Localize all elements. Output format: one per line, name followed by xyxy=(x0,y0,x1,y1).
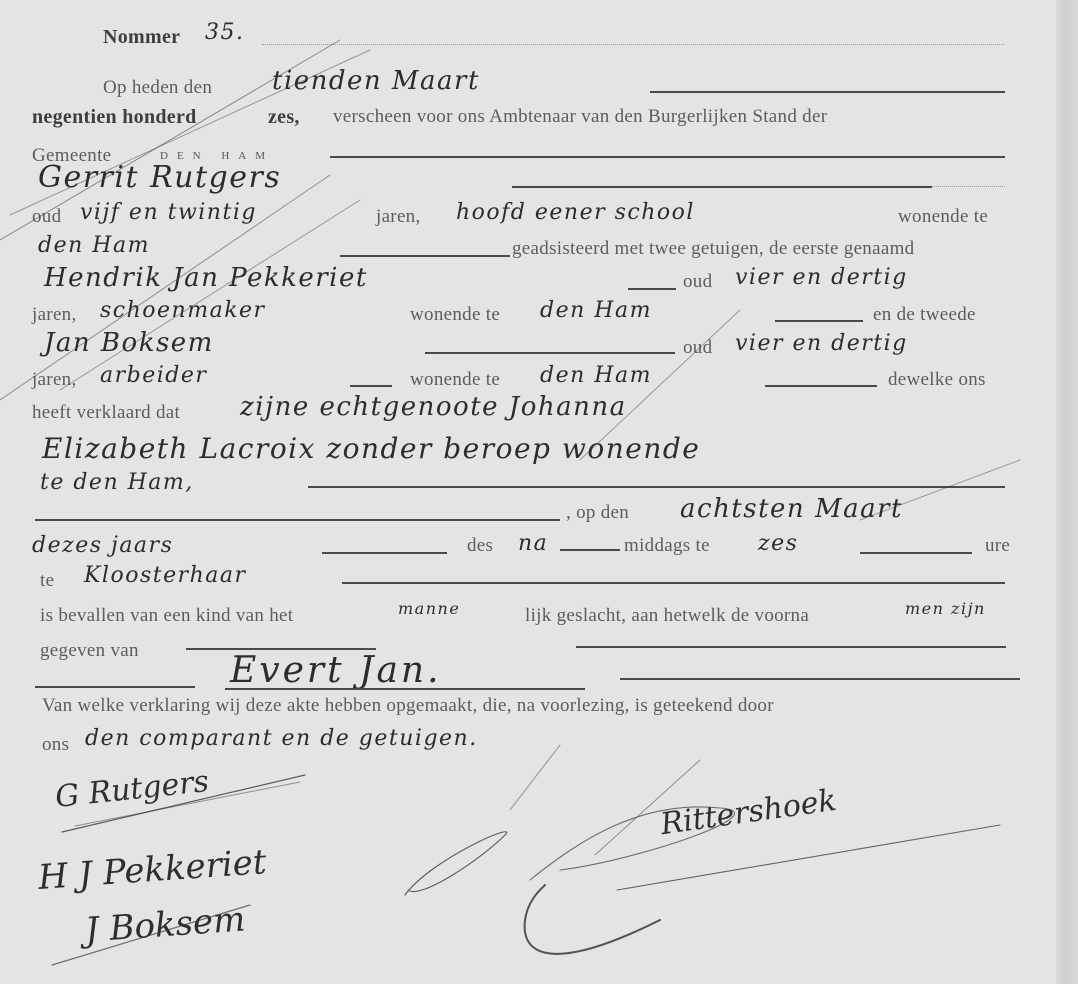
printed-negentien-honderd: negentien honderd xyxy=(32,106,197,129)
printed-dewelke-ons: dewelke ons xyxy=(888,369,986,391)
handwritten-declarant-occupation: hoofd eener school xyxy=(456,200,695,225)
printed-zes: zes, xyxy=(268,106,300,129)
fill-rule xyxy=(620,678,1020,680)
fill-rule xyxy=(560,549,620,551)
handwritten-witness1-name: Hendrik Jan Pekkeriet xyxy=(44,263,368,293)
handwritten-witness2-age: vier en dertig xyxy=(735,331,908,356)
handwritten-witness1-occupation: schoenmaker xyxy=(100,298,266,323)
handwritten-witness2-occupation: arbeider xyxy=(100,363,207,388)
number-dotted-line xyxy=(262,44,1004,45)
fill-rule xyxy=(35,686,195,688)
printed-oud: oud xyxy=(32,206,61,228)
printed-bevallen-b: lijk geslacht, aan hetwelk de voorna xyxy=(525,605,809,627)
handwritten-birth-place: Kloosterhaar xyxy=(84,563,247,588)
printed-te: te xyxy=(40,570,54,592)
fill-rule xyxy=(650,91,1005,93)
child-name-underline xyxy=(225,688,585,690)
handwritten-witness2-residence: den Ham xyxy=(540,363,652,388)
fill-rule xyxy=(765,385,877,387)
fill-rule xyxy=(628,288,676,290)
printed-op-den: , op den xyxy=(566,502,629,524)
handwritten-names-suffix: men zijn xyxy=(905,599,986,618)
handwritten-statement: zijne echtgenoote Johanna xyxy=(240,392,627,422)
number-value: 35. xyxy=(205,20,245,45)
handwritten-witness2-name: Jan Boksem xyxy=(44,328,214,358)
handwritten-declarant-name: Gerrit Rutgers xyxy=(38,160,281,195)
number-label: Nommer xyxy=(103,26,180,49)
printed-jaren-3: jaren, xyxy=(32,369,77,391)
printed-oud-2: oud xyxy=(683,271,712,293)
printed-verscheen: verscheen voor ons Ambtenaar van den Bur… xyxy=(333,106,827,128)
handwritten-mother-line: Elizabeth Lacroix zonder beroep wonende xyxy=(42,432,700,465)
handwritten-birth-period: na xyxy=(518,531,548,556)
printed-wonende-te-2: wonende te xyxy=(410,304,500,326)
handwritten-birth-date: achtsten Maart xyxy=(680,494,903,524)
fill-rule xyxy=(330,156,1005,158)
fill-rule xyxy=(342,582,1005,584)
fill-rule xyxy=(340,255,510,257)
handwritten-birth-hour: zes xyxy=(758,531,798,556)
handwritten-signed-by: den comparant en de getuigen. xyxy=(85,726,478,751)
dotted-line xyxy=(932,186,1005,187)
fill-rule xyxy=(775,320,863,322)
printed-verklaring: Van welke verklaring wij deze akte hebbe… xyxy=(42,695,774,717)
handwritten-declarant-age: vijf en twintig xyxy=(80,200,257,225)
handwritten-witness1-residence: den Ham xyxy=(540,298,652,323)
fill-rule xyxy=(350,385,392,387)
printed-geadsisteerd: geadsisteerd met twee getuigen, de eerst… xyxy=(512,238,914,260)
handwritten-date: tienden Maart xyxy=(272,66,480,96)
printed-bevallen-a: is bevallen van een kind van het xyxy=(40,605,293,627)
fill-rule xyxy=(425,352,675,354)
printed-gegeven-van: gegeven van xyxy=(40,640,139,662)
printed-jaren-2: jaren, xyxy=(32,304,77,326)
handwritten-birth-year: dezes jaars xyxy=(32,533,173,558)
handwritten-witness1-age: vier en dertig xyxy=(735,265,908,290)
handwritten-declarant-residence: den Ham xyxy=(38,233,150,258)
fill-rule xyxy=(35,519,560,521)
page-edge xyxy=(1056,0,1078,984)
printed-heeft-verklaard: heeft verklaard dat xyxy=(32,402,180,424)
printed-en-de-tweede: en de tweede xyxy=(873,304,976,326)
fill-rule xyxy=(512,186,932,188)
fill-rule xyxy=(860,552,972,554)
fill-rule xyxy=(308,486,1005,488)
handwritten-sex: manne xyxy=(398,599,460,618)
printed-wonende-te-3: wonende te xyxy=(410,369,500,391)
handwritten-mother-residence: te den Ham, xyxy=(40,470,194,495)
fill-rule xyxy=(576,646,1006,648)
printed-wonende-te: wonende te xyxy=(898,206,988,228)
printed-oud-3: oud xyxy=(683,337,712,359)
printed-des: des xyxy=(467,535,493,557)
printed-op-heden: Op heden den xyxy=(103,77,212,99)
fill-rule xyxy=(322,552,447,554)
printed-ure: ure xyxy=(985,535,1010,557)
printed-ons: ons xyxy=(42,734,69,756)
printed-middags-te: middags te xyxy=(624,535,710,557)
printed-jaren: jaren, xyxy=(376,206,421,228)
handwritten-child-names: Evert Jan. xyxy=(230,650,442,691)
